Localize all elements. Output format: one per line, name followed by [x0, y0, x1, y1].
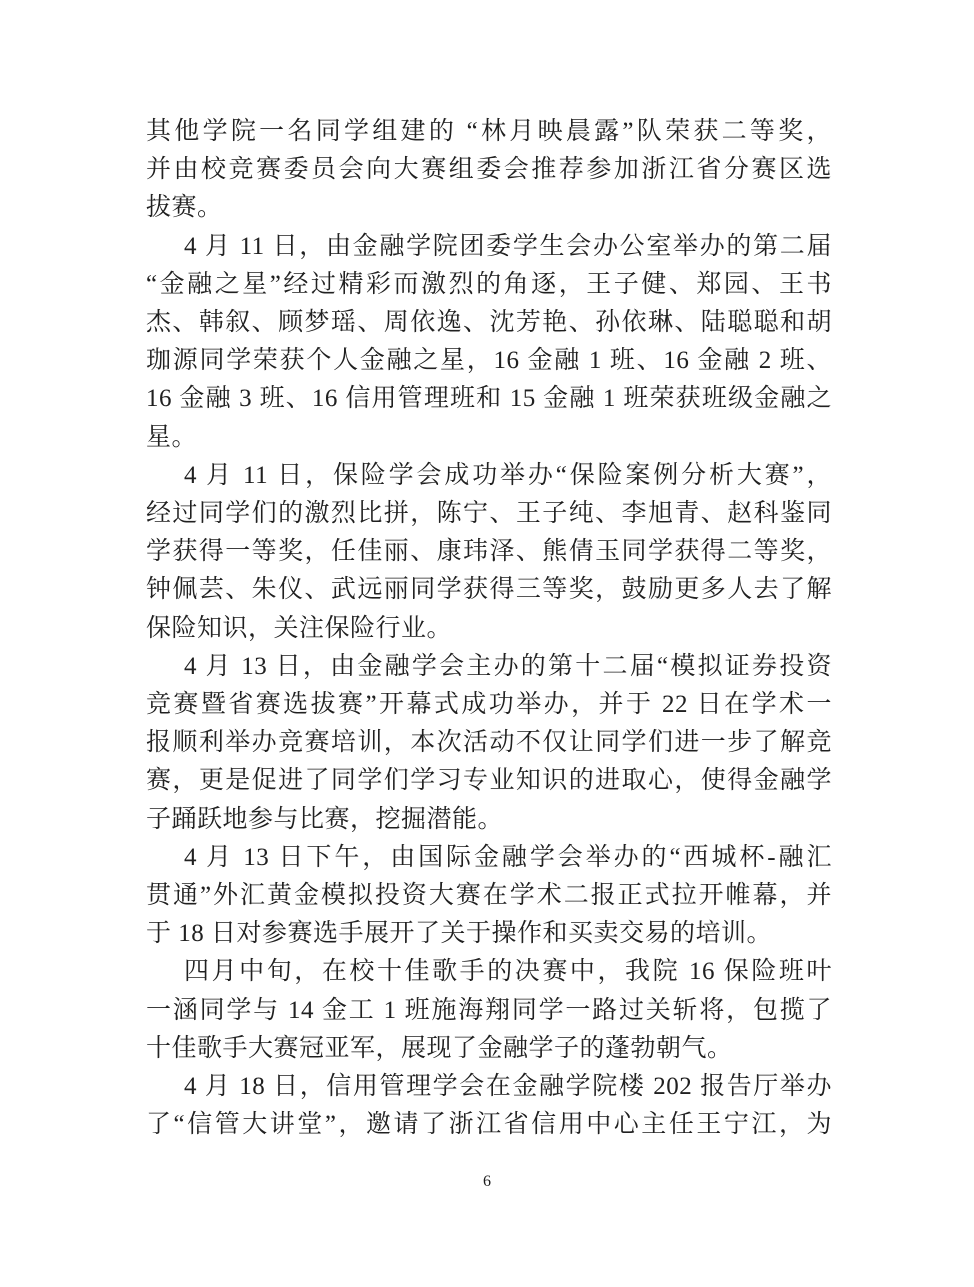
text-line: 杰、韩叙、顾梦瑶、周依逸、沈芳艳、孙依琳、陆聪聪和胡	[146, 304, 832, 342]
paragraph-6: 四月中旬，在校十佳歌手的决赛中，我院 16 保险班叶 一涵同学与 14 金工 1…	[146, 953, 832, 1068]
text-line: 于 18 日对参赛选手展开了关于操作和买卖交易的培训。	[146, 915, 832, 953]
paragraph-4: 4 月 13 日，由金融学会主办的第十二届“模拟证券投资 竞赛暨省赛选拔赛”开幕…	[146, 648, 832, 839]
text-line: 子踊跃地参与比赛，挖掘潜能。	[146, 801, 832, 839]
text-line: 经过同学们的激烈比拼，陈宁、王子纯、李旭青、赵科鉴同	[146, 495, 832, 533]
text-line: 竞赛暨省赛选拔赛”开幕式成功举办，并于 22 日在学术一	[146, 686, 832, 724]
document-body: 其他学院一名同学组建的 “林月映晨露”队荣获二等奖， 并由校竞赛委员会向大赛组委…	[146, 113, 832, 1144]
text-line: 其他学院一名同学组建的 “林月映晨露”队荣获二等奖，	[146, 113, 832, 151]
text-line: 四月中旬，在校十佳歌手的决赛中，我院 16 保险班叶	[146, 953, 832, 991]
text-line: 4 月 13 日下午，由国际金融学会举办的“西城杯-融汇	[146, 839, 832, 877]
text-line: 报顺利举办竞赛培训，本次活动不仅让同学们进一步了解竞	[146, 724, 832, 762]
text-line: 赛，更是促进了同学们学习专业知识的进取心，使得金融学	[146, 762, 832, 800]
text-line: 4 月 18 日，信用管理学会在金融学院楼 202 报告厅举办	[146, 1068, 832, 1106]
paragraph-5: 4 月 13 日下午，由国际金融学会举办的“西城杯-融汇 贯通”外汇黄金模拟投资…	[146, 839, 832, 954]
text-line: 星。	[146, 419, 832, 457]
text-line: 保险知识，关注保险行业。	[146, 610, 832, 648]
text-line: 贯通”外汇黄金模拟投资大赛在学术二报正式拉开帷幕，并	[146, 877, 832, 915]
text-line: 4 月 13 日，由金融学会主办的第十二届“模拟证券投资	[146, 648, 832, 686]
text-line: 一涵同学与 14 金工 1 班施海翔同学一路过关斩将，包揽了	[146, 992, 832, 1030]
text-line: 珈源同学荣获个人金融之星，16 金融 1 班、16 金融 2 班、	[146, 342, 832, 380]
text-line: 拔赛。	[146, 189, 832, 227]
text-line: 十佳歌手大赛冠亚军，展现了金融学子的蓬勃朝气。	[146, 1030, 832, 1068]
text-line: 16 金融 3 班、16 信用管理班和 15 金融 1 班荣获班级金融之	[146, 380, 832, 418]
paragraph-1: 其他学院一名同学组建的 “林月映晨露”队荣获二等奖， 并由校竞赛委员会向大赛组委…	[146, 113, 832, 228]
text-line: 4 月 11 日，由金融学院团委学生会办公室举办的第二届	[146, 228, 832, 266]
paragraph-7: 4 月 18 日，信用管理学会在金融学院楼 202 报告厅举办 了“信管大讲堂”…	[146, 1068, 832, 1144]
paragraph-3: 4 月 11 日，保险学会成功举办“保险案例分析大赛”， 经过同学们的激烈比拼，…	[146, 457, 832, 648]
document-page: 其他学院一名同学组建的 “林月映晨露”队荣获二等奖， 并由校竞赛委员会向大赛组委…	[0, 0, 974, 1287]
text-line: 4 月 11 日，保险学会成功举办“保险案例分析大赛”，	[146, 457, 832, 495]
text-line: 学获得一等奖，任佳丽、康玮泽、熊倩玉同学获得二等奖，	[146, 533, 832, 571]
text-line: “金融之星”经过精彩而激烈的角逐，王子健、郑园、王书	[146, 266, 832, 304]
text-line: 了“信管大讲堂”，邀请了浙江省信用中心主任王宁江，为	[146, 1106, 832, 1144]
page-number: 6	[0, 1172, 974, 1192]
text-line: 并由校竞赛委员会向大赛组委会推荐参加浙江省分赛区选	[146, 151, 832, 189]
paragraph-2: 4 月 11 日，由金融学院团委学生会办公室举办的第二届 “金融之星”经过精彩而…	[146, 228, 832, 457]
text-line: 钟佩芸、朱仪、武远丽同学获得三等奖，鼓励更多人去了解	[146, 571, 832, 609]
